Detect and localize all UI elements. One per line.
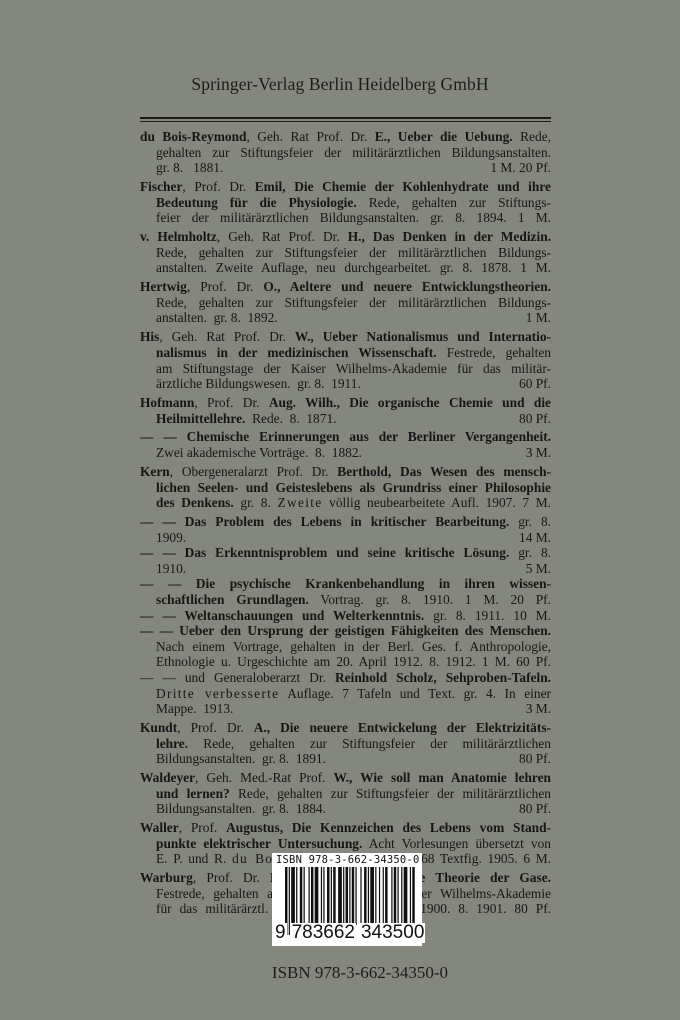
catalog-line-left: Bildungsanstalten. gr. 8. 1891.: [156, 751, 326, 767]
catalog-text: Mappe. 1913.: [156, 701, 233, 716]
catalog-bold-text: — — Das Erkenntnisproblem und seine krit…: [140, 545, 509, 560]
catalog-bold-text: O., Aeltere und neuere Entwicklungstheor…: [263, 279, 551, 294]
catalog-bold-text: Bedeutung für die Physiologie.: [156, 195, 357, 210]
catalog-line: Kern, Obergeneralarzt Prof. Dr. Berthold…: [140, 464, 551, 480]
catalog-bold-text: du Bois-Reymond: [140, 129, 246, 144]
catalog-bold-text: Waller: [140, 820, 179, 835]
catalog-text: , Geh. Rat Prof. Dr.: [246, 129, 374, 144]
catalog-text: , Geh. Med.-Rat Prof.: [195, 770, 333, 785]
catalog-entry: v. Helmholtz, Geh. Rat Prof. Dr. H., Das…: [140, 229, 551, 276]
catalog-bold-text: v. Helmholtz: [140, 229, 217, 244]
catalog-line: Zwei akademische Vorträge. 8. 1882.3 M.: [140, 445, 551, 461]
catalog-line: 1910.5 M.: [140, 561, 551, 577]
catalog-line: — — Ueber den Ursprung der geistigen Fäh…: [140, 623, 551, 639]
catalog-line: — — Das Problem des Lebens in kritischer…: [140, 514, 551, 530]
catalog-price: 1 M.: [526, 310, 551, 326]
catalog-line: lehre. Rede, gehalten zur Stiftungsfeier…: [140, 736, 551, 752]
catalog-line: nalismus in der medizinischen Wissenscha…: [140, 345, 551, 361]
catalog-line-left: 1909.: [156, 530, 186, 546]
catalog-bold-text: His: [140, 329, 159, 344]
catalog-entry: Waldeyer, Geh. Med.-Rat Prof. W., Wie so…: [140, 770, 551, 817]
catalog-line-left: gr. 8. 1881.: [156, 160, 223, 176]
catalog-line: du Bois-Reymond, Geh. Rat Prof. Dr. E., …: [140, 129, 551, 145]
catalog-entry: Kundt, Prof. Dr. A., Die neuere Entwicke…: [140, 720, 551, 767]
catalog-line: Fischer, Prof. Dr. Emil, Die Chemie der …: [140, 179, 551, 195]
catalog-line-left: Mappe. 1913.: [156, 701, 233, 717]
catalog-bold-text: Waldeyer: [140, 770, 195, 785]
catalog-price: 1 M. 20 Pf.: [490, 160, 551, 176]
catalog-bold-text: Hofmann: [140, 395, 194, 410]
catalog-text: gr. 8. 1911. 10 M.: [424, 608, 551, 623]
catalog-text: gehalten zur Stiftungsfeier der militärä…: [156, 145, 551, 160]
catalog-text: gr. 8.: [509, 545, 551, 560]
catalog-text: Zwei akademische Vorträge. 8. 1882.: [156, 445, 362, 460]
barcode-digit-group-1: 783662: [291, 923, 356, 943]
catalog-text: Auflage. 7 Tafeln und Text. gr. 4. In ei…: [279, 686, 551, 701]
catalog-text: , Prof. Dr.: [177, 720, 254, 735]
catalog-price: 80 Pf.: [519, 801, 551, 817]
catalog-line-left: Zwei akademische Vorträge. 8. 1882.: [156, 445, 362, 461]
catalog-bold-text: lehre.: [156, 736, 188, 751]
catalog-bold-text: Augustus, Die Kennzeichen des Lebens vom…: [226, 820, 551, 835]
catalog-text: Rede, gehalten zur Stiftungsfeier der mi…: [156, 295, 551, 310]
catalog-bold-text: Aug. Wilh., Die organische Chemie und di…: [269, 395, 551, 410]
catalog-entry: — — Ueber den Ursprung der geistigen Fäh…: [140, 623, 551, 670]
catalog-text: Ethnologie u. Urgeschichte am 20. April …: [156, 654, 551, 669]
catalog-text: gr. 8.: [234, 495, 278, 510]
catalog-bold-text: nalismus in der medizinischen Wissenscha…: [156, 345, 437, 360]
catalog-text: Rede, gehalten zur Stiftungsfeier der mi…: [156, 245, 551, 260]
barcode-isbn-label: ISBN 978-3-662-34350-0: [276, 854, 419, 866]
catalog-bold-text: Emil, Die Chemie der Kohlenhydrate und i…: [255, 179, 551, 194]
catalog-bold-text: — — Weltanschauungen und Welterkenntnis.: [140, 608, 424, 623]
catalog-line: Hertwig, Prof. Dr. O., Aeltere und neuer…: [140, 279, 551, 295]
catalog-line: anstalten. gr. 8. 1892.1 M.: [140, 310, 551, 326]
catalog-entry: Kern, Obergeneralarzt Prof. Dr. Berthold…: [140, 464, 551, 511]
catalog-bold-text: E., Ueber die Uebung.: [375, 129, 513, 144]
catalog-price: 3 M.: [526, 701, 551, 717]
catalog-text: völlig neubearbeitete Aufl. 1907. 7 M.: [322, 495, 550, 510]
catalog-text: Rede, gehalten zur Stiftungs-: [357, 195, 551, 210]
publisher-name: Springer-Verlag Berlin Heidelberg GmbH: [0, 74, 680, 95]
catalog-bold-text: W., Ueber Nationalismus und Internatio-: [295, 329, 551, 344]
catalog-entry: His, Geh. Rat Prof. Dr. W., Ueber Nation…: [140, 329, 551, 391]
catalog-entry: — — Das Erkenntnisproblem und seine krit…: [140, 545, 551, 576]
catalog-price: 14 M.: [519, 530, 551, 546]
catalog-entry: du Bois-Reymond, Geh. Rat Prof. Dr. E., …: [140, 129, 551, 176]
catalog-text: ärztliche Bildungswesen. gr. 8. 1911.: [156, 376, 361, 391]
catalog-bold-text: — — Ueber den Ursprung der geistigen Fäh…: [140, 623, 551, 638]
catalog-line: ärztliche Bildungswesen. gr. 8. 1911.60 …: [140, 376, 551, 392]
catalog-bold-text: Warburg: [140, 870, 193, 885]
catalog-line: Kundt, Prof. Dr. A., Die neuere Entwicke…: [140, 720, 551, 736]
catalog-line: v. Helmholtz, Geh. Rat Prof. Dr. H., Das…: [140, 229, 551, 245]
catalog-line: Mappe. 1913.3 M.: [140, 701, 551, 717]
catalog-line: gehalten zur Stiftungsfeier der militärä…: [140, 145, 551, 161]
catalog-line: Bildungsanstalten. gr. 8. 1891.80 Pf.: [140, 751, 551, 767]
catalog-bold-text: A., Die neuere Entwickelung der Elektriz…: [254, 720, 551, 735]
catalog-text: am Stiftungstage der Kaiser Wilhelms-Aka…: [156, 361, 551, 376]
catalog-text: Vortrag. gr. 8. 1910. 1 M. 20 Pf.: [309, 592, 551, 607]
book-catalog-list: du Bois-Reymond, Geh. Rat Prof. Dr. E., …: [140, 129, 551, 920]
catalog-line: Heilmittellehre. Rede. 8. 1871.80 Pf.: [140, 411, 551, 427]
catalog-bold-text: — — Das Problem des Lebens in kritischer…: [140, 514, 509, 529]
catalog-line: des Denkens. gr. 8. Zweite völlig neubea…: [140, 495, 551, 511]
catalog-text: gr. 8. 1881.: [156, 160, 223, 175]
catalog-text: 1909.: [156, 530, 186, 545]
catalog-line-left: ärztliche Bildungswesen. gr. 8. 1911.: [156, 376, 361, 392]
catalog-line: und lernen? Rede, gehalten zur Stiftungs…: [140, 786, 551, 802]
catalog-text: Rede, gehalten zur Stiftungsfeier der mi…: [188, 736, 551, 751]
isbn-barcode: ISBN 978-3-662-34350-0 9 783662 343500: [272, 853, 422, 946]
catalog-entry: — — Die psychische Krankenbehandlung in …: [140, 576, 551, 607]
catalog-price: 60 Pf.: [519, 376, 551, 392]
catalog-line-left: Heilmittellehre. Rede. 8. 1871.: [156, 411, 337, 427]
catalog-line: — — Weltanschauungen und Welterkenntnis.…: [140, 608, 551, 624]
catalog-text: anstalten. Zweite Auflage, neu durchgear…: [156, 260, 551, 275]
catalog-text: Festrede, gehalten: [437, 345, 551, 360]
catalog-line: Dritte verbesserte Auflage. 7 Tafeln und…: [140, 686, 551, 702]
catalog-text: Rede,: [513, 129, 551, 144]
catalog-line: Rede, gehalten zur Stiftungsfeier der mi…: [140, 245, 551, 261]
catalog-line: am Stiftungstage der Kaiser Wilhelms-Aka…: [140, 361, 551, 377]
catalog-bold-text: Heilmittellehre.: [156, 411, 245, 426]
catalog-text: gr. 8.: [509, 514, 551, 529]
catalog-bold-text: lichen Seelen- und Geisteslebens als Gru…: [156, 480, 551, 495]
catalog-line: anstalten. Zweite Auflage, neu durchgear…: [140, 260, 551, 276]
catalog-line: Nach einem Vortrage, gehalten in der Ber…: [140, 639, 551, 655]
catalog-price: 5 M.: [526, 561, 551, 577]
catalog-line: 1909.14 M.: [140, 530, 551, 546]
catalog-line-left: Bildungsanstalten. gr. 8. 1884.: [156, 801, 326, 817]
catalog-line: Ethnologie u. Urgeschichte am 20. April …: [140, 654, 551, 670]
catalog-line: lichen Seelen- und Geisteslebens als Gru…: [140, 480, 551, 496]
catalog-line: feier der militärärztlichen Bildungsanst…: [140, 210, 551, 226]
catalog-text: 1910.: [156, 561, 186, 576]
isbn-footer: ISBN 978-3-662-34350-0: [0, 963, 680, 983]
catalog-bold-text: Fischer: [140, 179, 182, 194]
catalog-line: Waller, Prof. Augustus, Die Kennzeichen …: [140, 820, 551, 836]
catalog-bold-text: des Denkens.: [156, 495, 234, 510]
catalog-text: Bildungsanstalten. gr. 8. 1891.: [156, 751, 326, 766]
catalog-bold-text: Hertwig: [140, 279, 187, 294]
catalog-bold-text: Kern: [140, 464, 170, 479]
catalog-bold-text: H., Das Denken in der Medizin.: [348, 229, 551, 244]
catalog-bold-text: schaftlichen Grundlagen.: [156, 592, 309, 607]
catalog-line: His, Geh. Rat Prof. Dr. W., Ueber Nation…: [140, 329, 551, 345]
catalog-text: Nach einem Vortrage, gehalten in der Ber…: [156, 639, 551, 654]
catalog-bold-text: punkte elektrischer Untersuchung.: [156, 836, 362, 851]
catalog-text: Acht Vorlesungen übersetzt von: [362, 836, 551, 851]
catalog-text: , Obergeneralarzt Prof. Dr.: [170, 464, 338, 479]
catalog-bold-text: Kundt: [140, 720, 177, 735]
catalog-text: , Prof. Dr.: [187, 279, 264, 294]
catalog-bold-text: W., Wie soll man Anatomie lehren: [334, 770, 551, 785]
catalog-text: , Geh. Rat Prof. Dr.: [217, 229, 348, 244]
catalog-entry: — — und Generaloberarzt Dr. Reinhold Sch…: [140, 670, 551, 717]
catalog-text: Bildungsanstalten. gr. 8. 1884.: [156, 801, 326, 816]
barcode-digit-group-2: 343500: [360, 923, 425, 943]
catalog-line-left: anstalten. gr. 8. 1892.: [156, 310, 278, 326]
catalog-text: , Geh. Rat Prof. Dr.: [159, 329, 295, 344]
catalog-text: E. P. und R.: [156, 851, 232, 866]
catalog-line: — — Chemische Erinnerungen aus der Berli…: [140, 429, 551, 445]
catalog-bold-text: Reinhold Scholz, Sehproben-Tafeln.: [335, 670, 551, 685]
catalog-entry: — — Das Problem des Lebens in kritischer…: [140, 514, 551, 545]
catalog-bold-text: — — Die psychische Krankenbehandlung in …: [140, 576, 551, 591]
catalog-text: , Prof. Dr.: [193, 870, 270, 885]
catalog-bold-text: und lernen?: [156, 786, 230, 801]
barcode-digit-lead: 9: [274, 923, 287, 943]
catalog-text: , Prof. Dr.: [194, 395, 269, 410]
catalog-text: Zweite: [278, 495, 323, 510]
catalog-line: punkte elektrischer Untersuchung. Acht V…: [140, 836, 551, 852]
catalog-price: 3 M.: [526, 445, 551, 461]
catalog-line-left: 1910.: [156, 561, 186, 577]
catalog-text: Dritte verbesserte: [156, 686, 279, 701]
catalog-line: schaftlichen Grundlagen. Vortrag. gr. 8.…: [140, 592, 551, 608]
catalog-line: Waldeyer, Geh. Med.-Rat Prof. W., Wie so…: [140, 770, 551, 786]
catalog-line: gr. 8. 1881.1 M. 20 Pf.: [140, 160, 551, 176]
barcode-digits: 9 783662 343500: [274, 923, 420, 943]
catalog-line: Bedeutung für die Physiologie. Rede, geh…: [140, 195, 551, 211]
catalog-entry: — — Weltanschauungen und Welterkenntnis.…: [140, 608, 551, 624]
catalog-entry: Fischer, Prof. Dr. Emil, Die Chemie der …: [140, 179, 551, 226]
catalog-price: 80 Pf.: [519, 751, 551, 767]
catalog-text: , Prof. Dr.: [182, 179, 254, 194]
catalog-line: Bildungsanstalten. gr. 8. 1884.80 Pf.: [140, 801, 551, 817]
double-rule-divider: [140, 117, 551, 122]
catalog-line: — — Das Erkenntnisproblem und seine krit…: [140, 545, 551, 561]
catalog-line: — — und Generaloberarzt Dr. Reinhold Sch…: [140, 670, 551, 686]
catalog-line: — — Die psychische Krankenbehandlung in …: [140, 576, 551, 592]
catalog-bold-text: — — Chemische Erinnerungen aus der Berli…: [140, 429, 551, 444]
catalog-line: Hofmann, Prof. Dr. Aug. Wilh., Die organ…: [140, 395, 551, 411]
catalog-line: Rede, gehalten zur Stiftungsfeier der mi…: [140, 295, 551, 311]
catalog-price: 80 Pf.: [519, 411, 551, 427]
catalog-entry: — — Chemische Erinnerungen aus der Berli…: [140, 429, 551, 460]
catalog-text: Rede. 8. 1871.: [245, 411, 336, 426]
catalog-bold-text: Berthold, Das Wesen des mensch-: [337, 464, 551, 479]
catalog-text: Rede, gehalten zur Stiftungsfeier der mi…: [230, 786, 551, 801]
catalog-text: anstalten. gr. 8. 1892.: [156, 310, 278, 325]
catalog-text: — — und Generaloberarzt Dr.: [140, 670, 335, 685]
catalog-text: feier der militärärztlichen Bildungsanst…: [156, 210, 551, 225]
catalog-text: , Prof.: [179, 820, 226, 835]
catalog-entry: Hertwig, Prof. Dr. O., Aeltere und neuer…: [140, 279, 551, 326]
catalog-entry: Hofmann, Prof. Dr. Aug. Wilh., Die organ…: [140, 395, 551, 426]
